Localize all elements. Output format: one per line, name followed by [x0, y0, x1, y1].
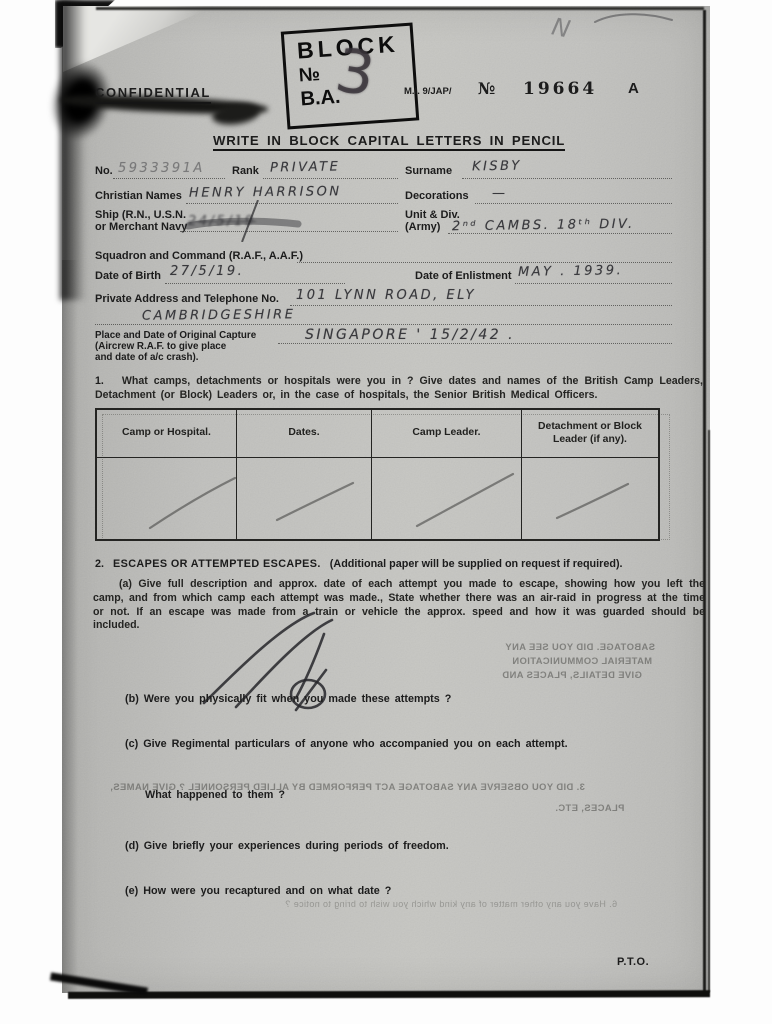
field-unit-label2: (Army)	[405, 221, 440, 233]
table-cell-leader	[372, 458, 522, 539]
serial-no-sign: №	[478, 79, 495, 98]
field-capture-label1: Place and Date of Original Capture	[95, 330, 256, 341]
field-rank-line	[263, 178, 398, 179]
field-ship-line	[180, 231, 398, 232]
paper-top-edge	[96, 7, 704, 10]
question-1-number: 1.	[95, 375, 104, 387]
field-address-value2: CAMBRIDGESHIRE	[142, 307, 296, 323]
field-address-line2	[95, 324, 672, 325]
pto-label: P.T.O.	[617, 956, 649, 968]
field-decorations-label: Decorations	[405, 190, 469, 202]
field-no-value: 5933391A	[118, 161, 205, 176]
field-capture-value: SINGAPORE ' 15/2/42 .	[305, 327, 515, 343]
item-e-text: (e) How were you recaptured and on what …	[125, 885, 391, 897]
page: { "header": { "confidential": "CONFIDENT…	[0, 0, 772, 1024]
field-address-value: 101 LYNN ROAD, ELY	[296, 288, 476, 303]
item-c-text: (c) Give Regimental particulars of anyon…	[125, 738, 568, 750]
field-dob-value: 27/5/19.	[170, 264, 244, 279]
paper-right-edge	[703, 10, 706, 992]
camps-table-body-row	[97, 458, 658, 539]
field-christian-line	[186, 203, 398, 204]
field-dob-line	[165, 283, 345, 284]
bleedthrough-question-6: 6. Have you any other matter of any kind…	[285, 899, 617, 909]
bleedthrough-question-3b: PLACES, ETC.	[555, 802, 624, 813]
bleedthrough-line-2: MATERIAL COMMUNICATION	[512, 655, 652, 666]
field-no-label: No.	[95, 165, 113, 177]
field-enlistment-value: MAY . 1939.	[518, 263, 623, 280]
table-cell-camp	[97, 458, 237, 539]
field-surname-value: KISBY	[472, 159, 522, 175]
field-enlistment-line	[515, 283, 672, 284]
item-d-text: (d) Give briefly your experiences during…	[125, 840, 449, 852]
left-edge-shading	[62, 260, 78, 993]
paper-right-edge-2	[708, 430, 710, 992]
left-binding-shadow	[60, 0, 86, 300]
field-surname-label: Surname	[405, 165, 452, 177]
table-cell-detachment	[522, 458, 658, 539]
serial-number: 19664	[523, 79, 597, 99]
question-2-heading: 2. ESCAPES OR ATTEMPTED ESCAPES. (Additi…	[95, 558, 623, 570]
field-dob-label: Date of Birth	[95, 270, 161, 282]
table-header-detachment: Detachment or Block Leader (if any).	[522, 410, 658, 457]
field-unit-value: 2ⁿᵈ CAMBS. 18ᵗʰ DIV.	[452, 217, 635, 235]
field-surname-line	[462, 178, 672, 179]
table-cell-dates	[237, 458, 372, 539]
field-rank-value: PRIVATE	[270, 159, 341, 175]
question-2-note: (Additional paper will be supplied on re…	[330, 558, 623, 570]
field-christian-label: Christian Names	[95, 190, 182, 202]
camps-table: Camp or Hospital. Dates. Camp Leader. De…	[95, 408, 660, 541]
question-1-body: What camps, detachments or hospitals wer…	[95, 375, 703, 401]
field-enlistment-label: Date of Enlistment	[415, 270, 512, 282]
field-ship-label2: or Merchant Navy	[95, 221, 187, 233]
series-letter: A	[628, 80, 639, 97]
field-decorations-value: —	[492, 186, 508, 201]
field-no-line	[113, 178, 225, 179]
paper-bottom-edge	[68, 990, 710, 999]
item-a-text: (a) Give full description and approx. da…	[93, 578, 705, 633]
table-header-dates: Dates.	[237, 410, 372, 457]
bleedthrough-line-1: SABOTAGE. DID YOU SEE ANY	[505, 641, 655, 652]
question-2-number: 2.	[95, 558, 104, 570]
form-ref-label: M.I. 9/JAP/	[404, 86, 452, 97]
instruction-heading: WRITE IN BLOCK CAPITAL LETTERS IN PENCIL	[213, 133, 565, 151]
field-squadron-label: Squadron and Command (R.A.F., A.A.F.)	[95, 250, 303, 262]
confidential-label: CONFIDENTIAL	[95, 85, 211, 104]
field-ship-label1: Ship (R.N., U.S.N.	[95, 209, 186, 221]
field-decorations-line	[475, 203, 672, 204]
question-1-text: 1. What camps, detachments or hospitals …	[95, 375, 703, 403]
item-b-text: (b) Were you physically fit when you mad…	[125, 693, 451, 705]
field-ship-value-scribble: 24/5/19	[188, 214, 256, 229]
field-capture-label2: (Aircrew R.A.F. to give place	[95, 341, 226, 352]
field-address-line	[290, 305, 672, 306]
field-capture-label3: and date of a/c crash).	[95, 352, 198, 363]
field-capture-line	[278, 343, 672, 344]
item-c-followup: What happened to them ?	[145, 789, 285, 801]
camps-table-header-row: Camp or Hospital. Dates. Camp Leader. De…	[97, 410, 658, 458]
field-rank-label: Rank	[232, 165, 259, 177]
question-2-title: ESCAPES OR ATTEMPTED ESCAPES.	[113, 558, 321, 570]
table-header-leader: Camp Leader.	[372, 410, 522, 457]
field-christian-value: HENRY HARRISON	[189, 184, 342, 201]
field-address-label: Private Address and Telephone No.	[95, 293, 279, 305]
bleedthrough-line-3: GIVE DETAILS, PLACES AND	[502, 669, 642, 680]
table-header-camp: Camp or Hospital.	[97, 410, 237, 457]
